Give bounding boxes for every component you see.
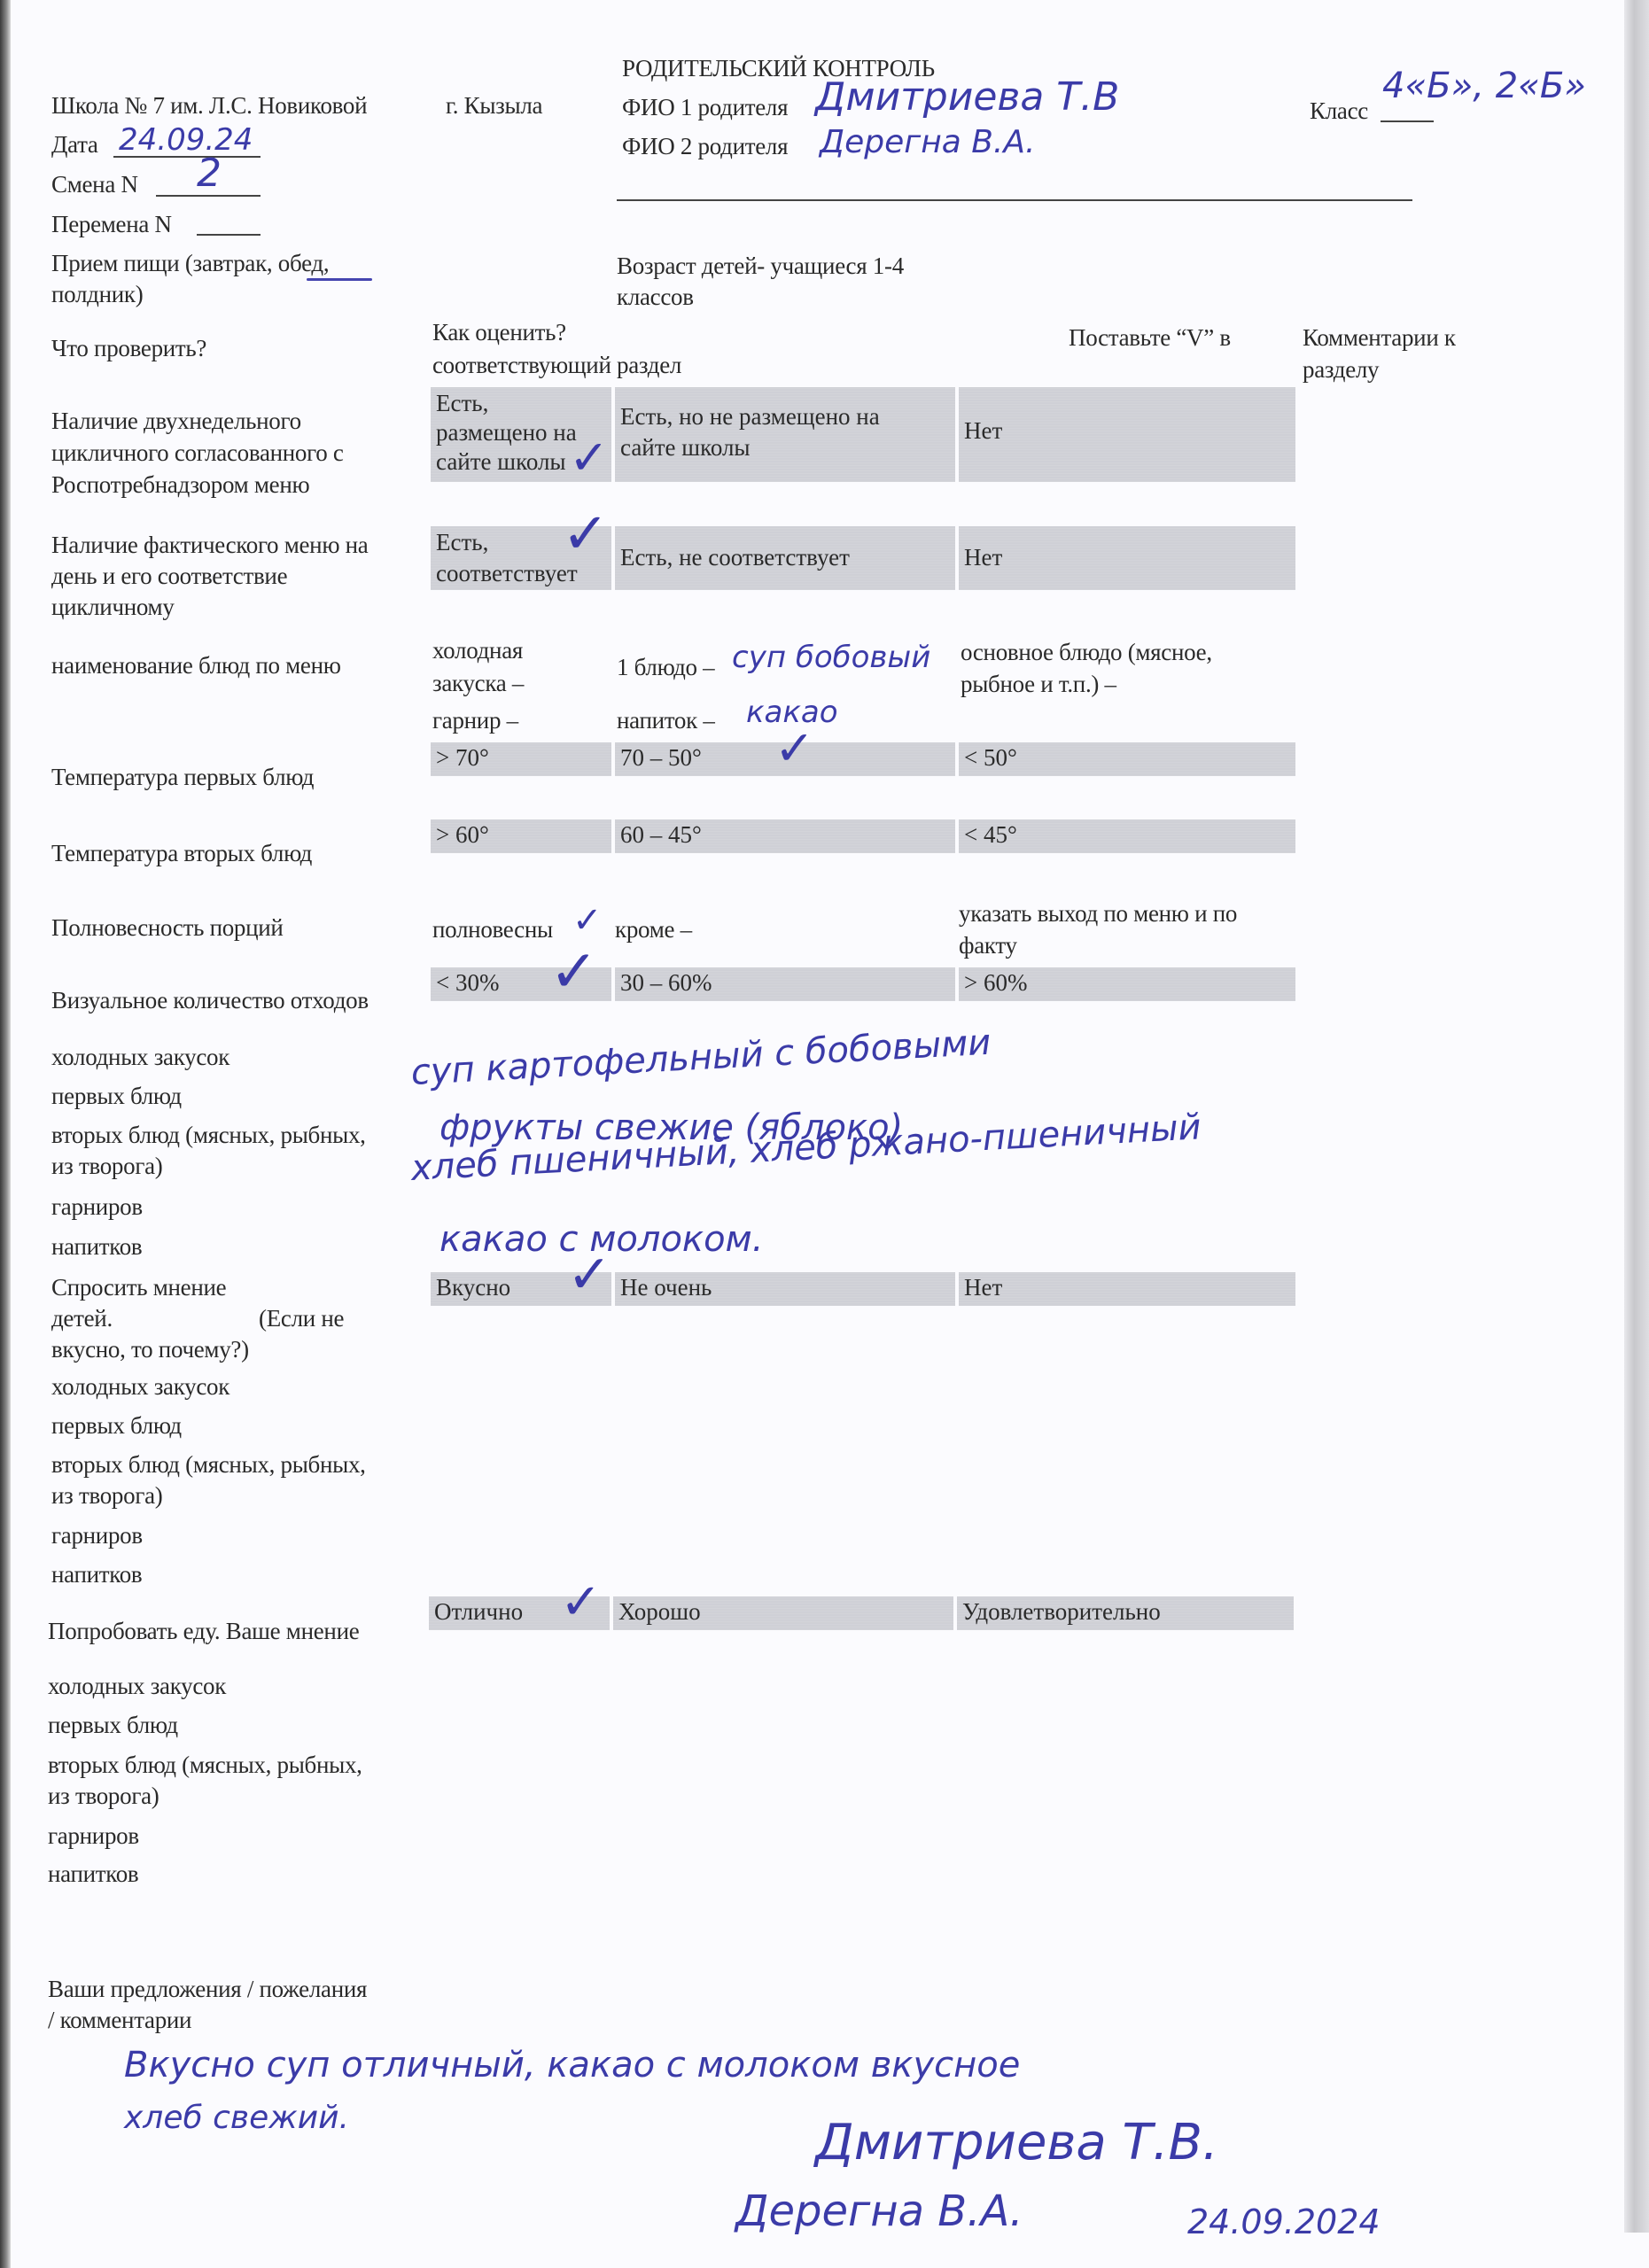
meal-selected-underline <box>307 278 372 281</box>
age-line1: Возраст детей- учащиеся 1-4 <box>617 251 904 282</box>
row5-option-2[interactable]: 60 – 45° <box>615 819 955 853</box>
parent2-label: ФИО 2 родителя <box>622 131 788 162</box>
shift-label: Смена N <box>51 169 138 200</box>
row1-option-not-posted[interactable]: Есть, но не размещено на сайте школы <box>615 387 955 482</box>
your-item: первых блюд <box>48 1710 178 1741</box>
children-opinion-label-3: (Если не <box>259 1303 344 1334</box>
col-how-line2: соответствующий раздел <box>432 350 681 381</box>
signature-1: Дмитриева Т.В. <box>815 2114 1218 2171</box>
children-item: первых блюд <box>51 1410 182 1441</box>
children-item: гарниров <box>51 1520 143 1551</box>
row2-option-not-matches[interactable]: Есть, не соответствует <box>615 526 955 590</box>
parent1-label: ФИО 1 родителя <box>622 92 788 123</box>
parent1-field[interactable]: Дмитриева Т.В <box>815 74 1119 120</box>
row3-label: наименование блюд по меню <box>51 650 341 681</box>
header-divider <box>617 199 1412 201</box>
row1-label-3: Роспотребнадзором меню <box>51 470 309 501</box>
option-text: Есть, <box>436 389 606 418</box>
row4-checkmark-icon: ✓ <box>774 725 814 773</box>
children-opinion-label-1: Спросить мнение <box>51 1272 226 1303</box>
row2-label-2: день и его соответствие <box>51 561 287 592</box>
your-item: гарниров <box>48 1821 139 1852</box>
meal-label-line1: Прием пищи (завтрак, обед, <box>51 248 329 279</box>
row6-option-1[interactable]: полновесны <box>432 914 553 945</box>
option-text: Есть, не соответствует <box>620 542 950 573</box>
first-course-field[interactable]: суп бобовый <box>732 640 930 675</box>
children-checkmark-icon: ✓ <box>567 1251 611 1299</box>
break-label: Перемена N <box>51 209 172 240</box>
row2-label-3: цикличному <box>51 592 175 623</box>
waste-note: суп картофельный с бобовыми <box>410 1022 992 1093</box>
your-opinion-label: Попробовать еду. Ваше мнение <box>48 1616 359 1647</box>
drink-label: напиток – <box>617 705 715 736</box>
your-item: холодных закусок <box>48 1671 226 1702</box>
option-text: Нет <box>964 416 1290 447</box>
cold-appetizer-label: холодная закуска – <box>432 634 565 700</box>
col-comments-line1: Комментарии к <box>1303 322 1456 353</box>
row1-label-2: цикличного согласованного с <box>51 438 344 469</box>
row1-checkmark-icon: ✓ <box>569 434 609 482</box>
children-item: из творога) <box>51 1480 162 1511</box>
option-text: Есть, но не размещено на <box>620 401 950 432</box>
waste-item: гарниров <box>51 1192 143 1223</box>
your-option-satisfactory[interactable]: Удовлетворительно <box>957 1596 1294 1630</box>
your-item: напитков <box>48 1859 138 1890</box>
row5-label: Температура вторых блюд <box>51 838 312 869</box>
your-item: вторых блюд (мясных, рыбных, <box>48 1750 362 1781</box>
age-line2: классов <box>617 282 694 313</box>
option-text: Нет <box>964 542 1290 573</box>
meal-label-line2: полдник) <box>51 279 143 310</box>
break-field[interactable] <box>197 234 261 236</box>
row7-option-2[interactable]: 30 – 60% <box>615 967 955 1001</box>
waste-item: холодных закусок <box>51 1042 229 1073</box>
main-course-label: основное блюдо (мясное, рыбное и т.п.) – <box>961 636 1280 700</box>
class-field[interactable]: 4«Б», 2«Б» <box>1382 66 1586 106</box>
school-name: Школа № 7 им. Л.С. Новиковой <box>51 90 367 121</box>
row2-checkmark-icon: ✓ <box>562 510 610 558</box>
row6-label: Полновесность порций <box>51 913 284 944</box>
row1-option-no[interactable]: Нет <box>959 387 1295 482</box>
your-option-good[interactable]: Хорошо <box>613 1596 953 1630</box>
col-comments-line2: разделу <box>1303 354 1379 385</box>
children-option-not-very[interactable]: Не очень <box>615 1272 955 1306</box>
row4-option-1[interactable]: > 70° <box>431 742 611 776</box>
children-opinion-label-4: вкусно, то почему?) <box>51 1334 249 1365</box>
class-underline <box>1381 120 1434 122</box>
row7-label: Визуальное количество отходов <box>51 985 369 1016</box>
row1-label-1: Наличие двухнедельного <box>51 406 301 437</box>
row5-option-3[interactable]: < 45° <box>959 819 1295 853</box>
shift-field[interactable]: 2 <box>197 151 222 196</box>
suggestions-label-2: / комментарии <box>48 2005 191 2036</box>
col-what: Что проверить? <box>51 333 206 364</box>
row6-option-2[interactable]: кроме – <box>615 914 692 945</box>
suggestions-label-1: Ваши предложения / пожелания <box>48 1974 367 2005</box>
waste-item: первых блюд <box>51 1081 182 1112</box>
signature-2: Дерегна В.А. <box>735 2186 1023 2236</box>
children-item: вторых блюд (мясных, рыбных, <box>51 1449 366 1480</box>
children-item: холодных закусок <box>51 1371 229 1402</box>
city-name: г. Кызыла <box>446 90 542 121</box>
row4-label: Температура первых блюд <box>51 762 314 793</box>
children-item: напитков <box>51 1559 142 1590</box>
row5-option-1[interactable]: > 60° <box>431 819 611 853</box>
row2-option-no[interactable]: Нет <box>959 526 1295 590</box>
parent2-field[interactable]: Дерегна В.А. <box>820 124 1035 160</box>
row2-label-1: Наличие фактического меню на <box>51 530 369 561</box>
waste-item: вторых блюд (мясных, рыбных, <box>51 1120 366 1151</box>
date-label: Дата <box>51 129 98 160</box>
suggestions-text-1[interactable]: Вкусно суп отличный, какао с молоком вку… <box>124 2045 1020 2085</box>
col-mark: Поставьте “V” в <box>1069 322 1231 353</box>
row7-checkmark-icon: ✓ <box>549 948 598 996</box>
waste-item: напитков <box>51 1231 142 1262</box>
waste-item: из творога) <box>51 1151 162 1182</box>
row6-option-3-line1[interactable]: указать выход по меню и по <box>959 898 1237 929</box>
row4-option-3[interactable]: < 50° <box>959 742 1295 776</box>
class-label: Класс <box>1310 96 1368 127</box>
option-text: сайте школы <box>620 432 950 463</box>
suggestions-text-2[interactable]: хлеб свежий. <box>124 2100 349 2136</box>
side-dish-label: гарнир – <box>432 705 518 736</box>
row7-option-3[interactable]: > 60% <box>959 967 1295 1001</box>
your-checkmark-icon: ✓ <box>560 1579 602 1627</box>
signed-date: 24.09.2024 <box>1187 2202 1381 2241</box>
row6-option-3-line2: факту <box>959 930 1017 961</box>
children-option-no[interactable]: Нет <box>959 1272 1295 1306</box>
col-how-line1: Как оценить? <box>432 317 566 348</box>
children-opinion-label-2: детей. <box>51 1303 113 1334</box>
first-course-label: 1 блюдо – <box>617 652 714 683</box>
your-item: из творога) <box>48 1781 159 1812</box>
scan-edge-left <box>0 0 11 2268</box>
date-field[interactable]: 24.09.24 <box>119 122 253 158</box>
scan-edge-right <box>1624 0 1649 2233</box>
